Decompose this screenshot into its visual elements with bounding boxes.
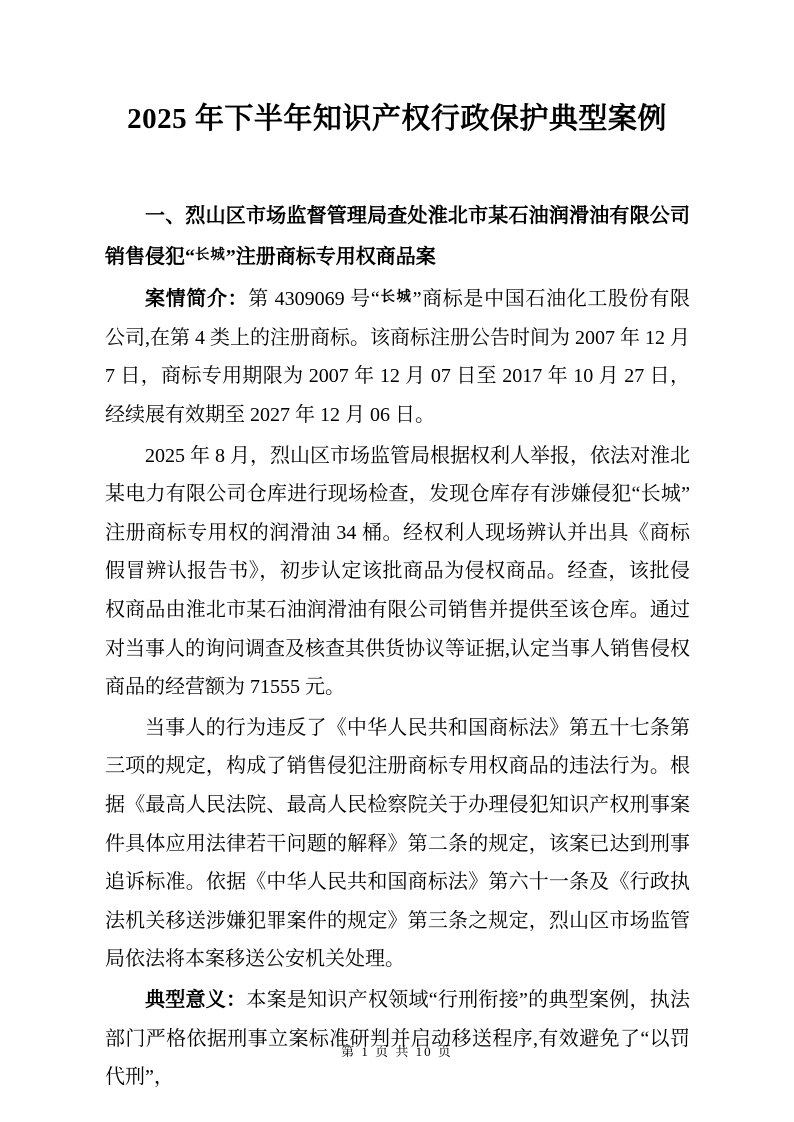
document-page: 2025 年下半年知识产权行政保护典型案例 一、烈山区市场监督管理局查处淮北市某… (0, 0, 794, 1122)
para-legal-basis: 当事人的行为违反了《中华人民共和国商标法》第五十七条第三项的规定，构成了销售侵犯… (105, 709, 690, 979)
page-number-footer: 第 1 页 共 10 页 (0, 1041, 794, 1060)
heading-text: ”注册商标专用权商品案 (226, 246, 436, 268)
document-body: 一、烈山区市场监督管理局查处淮北市某石油润滑油有限公司销售侵犯“长城”注册商标专… (105, 197, 690, 1097)
document-title: 2025 年下半年知识产权行政保护典型案例 (0, 0, 794, 141)
case-summary-label: 案情简介： (145, 288, 248, 310)
para-case-summary: 案情简介：第 4309069 号“长城”商标是中国石油化工股份有限公司,在第 4… (105, 278, 690, 434)
trademark-changcheng: 长城 (195, 247, 226, 263)
trademark-changcheng: 长城 (380, 289, 413, 305)
para-typical-significance: 典型意义：本案是知识产权领域“行刑衔接”的典型案例，执法部门严格依据刑事立案标准… (105, 981, 690, 1097)
body-text: 当事人的行为违反了《中华人民共和国商标法》第五十七条第三项的规定，构成了销售侵犯… (105, 717, 690, 971)
case-1-heading: 一、烈山区市场监督管理局查处淮北市某石油润滑油有限公司销售侵犯“长城”注册商标专… (105, 197, 690, 276)
body-text: 第 4309069 号“ (248, 288, 380, 310)
typical-significance-label: 典型意义： (145, 989, 246, 1011)
body-text: 2025 年 8 月，烈山区市场监管局根据权利人举报，依法对淮北某电力有限公司仓… (105, 445, 690, 699)
para-investigation: 2025 年 8 月，烈山区市场监管局根据权利人举报，依法对淮北某电力有限公司仓… (105, 437, 690, 707)
